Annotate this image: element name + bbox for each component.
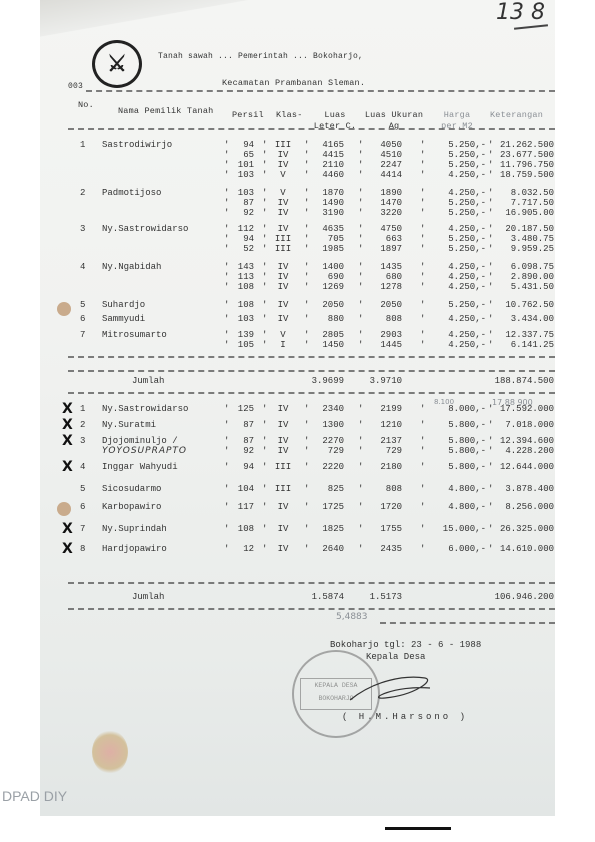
cell-harga: 5.250,- <box>426 244 486 254</box>
cell-no: 7 <box>80 330 85 340</box>
cell-ket: 18.759.500 <box>492 170 554 180</box>
page-code: 003 <box>68 82 83 91</box>
cell-name: Padmotijoso <box>102 188 161 198</box>
cell-letter: 705 <box>308 234 344 244</box>
column-separator: ' <box>262 404 267 414</box>
cell-letter: 1870 <box>308 188 344 198</box>
cell-harga: 4.250,- <box>426 170 486 180</box>
column-separator: ' <box>488 446 493 456</box>
column-separator: ' <box>488 314 493 324</box>
cell-no: 1 <box>80 404 85 414</box>
column-separator: ' <box>358 234 363 244</box>
header-nama: Nama Pemilik Tanah <box>118 106 213 116</box>
column-separator: ' <box>420 436 425 446</box>
column-separator: ' <box>224 234 229 244</box>
column-separator: ' <box>224 224 229 234</box>
cell-harga: 5.250,- <box>426 234 486 244</box>
cell-persil: 117 <box>228 502 254 512</box>
column-separator: ' <box>358 436 363 446</box>
column-separator: ' <box>304 208 309 218</box>
cell-klas: IV <box>270 160 296 170</box>
column-separator: ' <box>420 208 425 218</box>
cell-letter: 1725 <box>308 502 344 512</box>
cell-name: Karbopawiro <box>102 502 161 512</box>
column-separator: ' <box>358 244 363 254</box>
cell-ukur: 729 <box>366 446 402 456</box>
cell-persil: 87 <box>228 198 254 208</box>
cell-ukur: 1720 <box>366 502 402 512</box>
column-separator: ' <box>358 198 363 208</box>
column-separator: ' <box>488 340 493 350</box>
cell-ukur: 2137 <box>366 436 402 446</box>
cell-no: 5 <box>80 300 85 310</box>
column-separator: ' <box>420 282 425 292</box>
cell-ket: 11.796.750 <box>492 160 554 170</box>
cell-name: Sicosudarmo <box>102 484 161 494</box>
column-separator: ' <box>224 544 229 554</box>
cell-persil: 92 <box>228 208 254 218</box>
cell-ket: 21.262.500 <box>492 140 554 150</box>
section2-total-row: Jumlah 1.5874 1.5173 106.946.200 <box>40 592 555 603</box>
cell-klas: III <box>270 234 296 244</box>
cell-letter: 2340 <box>308 404 344 414</box>
table-row: 52III198518975.250,-9.959.25'''''' <box>40 244 555 255</box>
column-separator: ' <box>224 262 229 272</box>
header-keterangan: Keterangan <box>490 110 543 120</box>
header-klas: Klas- <box>276 110 303 120</box>
cell-harga: 4.800,- <box>426 502 486 512</box>
column-separator: ' <box>262 420 267 430</box>
cell-letter: 1269 <box>308 282 344 292</box>
divider <box>68 370 555 372</box>
column-separator: ' <box>358 462 363 472</box>
cell-name: Ny.Sastrowidarso <box>102 404 188 414</box>
cell-letter: 2270 <box>308 436 344 446</box>
page-bottom-rule <box>385 827 451 830</box>
column-separator: ' <box>358 420 363 430</box>
cell-ukur: 4050 <box>366 140 402 150</box>
column-separator: ' <box>420 404 425 414</box>
cell-persil: 87 <box>228 420 254 430</box>
cell-persil: 12 <box>228 544 254 554</box>
cell-harga: 5.800,- <box>426 420 486 430</box>
cell-klas: IV <box>270 262 296 272</box>
column-separator: ' <box>488 208 493 218</box>
cell-harga: 4.250,- <box>426 188 486 198</box>
cell-ukur: 4750 <box>366 224 402 234</box>
handwritten-x-mark-icon: X <box>62 459 73 475</box>
place-date: Bokoharjo tgl: 23 - 6 - 1988 <box>330 640 481 650</box>
cell-persil: 108 <box>228 300 254 310</box>
column-separator: ' <box>420 224 425 234</box>
cell-ukur: 2199 <box>366 404 402 414</box>
cell-no: 5 <box>80 484 85 494</box>
cell-harga: 5.250,- <box>426 140 486 150</box>
column-separator: ' <box>262 208 267 218</box>
column-separator: ' <box>358 524 363 534</box>
cell-ukur: 3220 <box>366 208 402 218</box>
cell-ket: 12.644.000 <box>492 462 554 472</box>
column-separator: ' <box>488 502 493 512</box>
total-ket: 188.874.500 <box>492 376 554 386</box>
column-separator: ' <box>262 330 267 340</box>
cell-harga: 5.250,- <box>426 300 486 310</box>
column-separator: ' <box>488 282 493 292</box>
handwritten-logo-stamp-icon: ⚔ <box>92 40 142 88</box>
cell-klas: III <box>270 244 296 254</box>
cell-ket: 16.905.00 <box>492 208 554 218</box>
cell-no: 6 <box>80 502 85 512</box>
column-separator: ' <box>304 234 309 244</box>
column-separator: ' <box>304 436 309 446</box>
cell-ket: 12.394.600 <box>492 436 554 446</box>
cell-klas: IV <box>270 420 296 430</box>
column-separator: ' <box>262 340 267 350</box>
column-separator: ' <box>224 170 229 180</box>
column-separator: ' <box>224 198 229 208</box>
column-separator: ' <box>262 484 267 494</box>
column-separator: ' <box>262 262 267 272</box>
column-separator: ' <box>420 150 425 160</box>
column-separator: ' <box>358 140 363 150</box>
cell-persil: 94 <box>228 140 254 150</box>
cell-persil: 112 <box>228 224 254 234</box>
cell-klas: IV <box>270 272 296 282</box>
cell-harga: 5.800,- <box>426 462 486 472</box>
signature-scribble-icon <box>345 670 435 710</box>
cell-persil: 103 <box>228 314 254 324</box>
cell-letter: 1450 <box>308 340 344 350</box>
table-row: 7Ny.Suprindah108IV1825175515.000,-26.325… <box>40 524 555 535</box>
cell-ukur: 1890 <box>366 188 402 198</box>
cell-ket: 9.959.25 <box>492 244 554 254</box>
cell-letter: 4415 <box>308 150 344 160</box>
cell-klas: V <box>270 170 296 180</box>
column-separator: ' <box>304 420 309 430</box>
cell-harga: 4.800,- <box>426 484 486 494</box>
column-separator: ' <box>262 150 267 160</box>
cell-klas: IV <box>270 544 296 554</box>
divider <box>68 128 555 130</box>
column-separator: ' <box>358 170 363 180</box>
column-separator: ' <box>420 484 425 494</box>
column-separator: ' <box>224 282 229 292</box>
column-separator: ' <box>488 234 493 244</box>
cell-letter: 1400 <box>308 262 344 272</box>
cell-ket: 10.762.50 <box>492 300 554 310</box>
divider <box>68 608 555 610</box>
column-separator: ' <box>420 446 425 456</box>
column-separator: ' <box>262 234 267 244</box>
column-separator: ' <box>224 160 229 170</box>
column-separator: ' <box>420 420 425 430</box>
header-persil: Persil <box>232 110 264 120</box>
cell-harga: 4.250,- <box>426 314 486 324</box>
column-separator: ' <box>304 244 309 254</box>
cell-name: Mitrosumarto <box>102 330 167 340</box>
column-separator: ' <box>420 314 425 324</box>
cell-ket: 8.256.000 <box>492 502 554 512</box>
cell-ukur: 1755 <box>366 524 402 534</box>
cell-name: Ny.Sastrowidarso <box>102 224 188 234</box>
handwritten-x-mark-icon: X <box>62 401 73 417</box>
column-separator: ' <box>262 524 267 534</box>
handwritten-sum: 5,4883 <box>336 612 368 622</box>
cell-harga: 5.800,- <box>426 436 486 446</box>
cell-ket: 4.228.200 <box>492 446 554 456</box>
cell-ukur: 1470 <box>366 198 402 208</box>
cell-persil: 108 <box>228 524 254 534</box>
column-separator: ' <box>358 262 363 272</box>
column-separator: ' <box>262 462 267 472</box>
cell-ukur: 2435 <box>366 544 402 554</box>
punch-hole <box>57 502 71 516</box>
column-separator: ' <box>262 140 267 150</box>
cell-ukur: 808 <box>366 484 402 494</box>
column-separator: ' <box>358 330 363 340</box>
table-row: 5Suhardjo108IV205020505.250,-10.762.50''… <box>40 300 555 311</box>
cell-name: Sastrodiwirjo <box>102 140 172 150</box>
column-separator: ' <box>224 404 229 414</box>
column-separator: ' <box>262 544 267 554</box>
column-separator: ' <box>304 502 309 512</box>
column-separator: ' <box>262 300 267 310</box>
column-separator: ' <box>304 340 309 350</box>
scanned-document: 13 8 ⚔ Tanah sawah ... Pemerintah ... Bo… <box>40 0 555 816</box>
cell-no: 3 <box>80 224 85 234</box>
cell-ket: 5.431.50 <box>492 282 554 292</box>
cell-klas: IV <box>270 314 296 324</box>
column-separator: ' <box>358 282 363 292</box>
cell-klas: IV <box>270 150 296 160</box>
total-label: Jumlah <box>132 376 164 386</box>
table-row: 6Karbopawiro117IV172517204.800,-8.256.00… <box>40 502 555 513</box>
table-row: 2Ny.Suratmi87IV130012105.800,-7.018.000'… <box>40 420 555 431</box>
column-separator: ' <box>262 244 267 254</box>
column-separator: ' <box>262 198 267 208</box>
column-separator: ' <box>358 300 363 310</box>
column-separator: ' <box>224 484 229 494</box>
cell-persil: 143 <box>228 262 254 272</box>
cell-klas: III <box>270 462 296 472</box>
cell-name: Hardjopawiro <box>102 544 167 554</box>
column-separator: ' <box>420 160 425 170</box>
column-separator: ' <box>420 170 425 180</box>
column-separator: ' <box>224 208 229 218</box>
column-separator: ' <box>304 188 309 198</box>
cell-letter: 690 <box>308 272 344 282</box>
column-separator: ' <box>304 524 309 534</box>
column-separator: ' <box>420 524 425 534</box>
column-separator: ' <box>420 330 425 340</box>
total-ket: 106.946.200 <box>492 592 554 602</box>
dpad-emblem-icon <box>92 730 128 774</box>
cell-letter: 3190 <box>308 208 344 218</box>
cell-ket: 7.018.000 <box>492 420 554 430</box>
column-separator: ' <box>304 484 309 494</box>
column-separator: ' <box>224 140 229 150</box>
cell-harga: 4.250,- <box>426 272 486 282</box>
cell-harga: 4.250,- <box>426 282 486 292</box>
cell-harga: 8.000,- <box>426 404 486 414</box>
cell-no: 1 <box>80 140 85 150</box>
cell-persil: 113 <box>228 272 254 282</box>
column-separator: ' <box>304 330 309 340</box>
cell-klas: IV <box>270 436 296 446</box>
column-separator: ' <box>262 188 267 198</box>
total-ukur: 1.5173 <box>366 592 402 602</box>
cell-persil: 94 <box>228 462 254 472</box>
column-separator: ' <box>488 544 493 554</box>
column-separator: ' <box>420 198 425 208</box>
cell-ket: 26.325.000 <box>492 524 554 534</box>
cell-letter: 729 <box>308 446 344 456</box>
divider <box>68 582 555 584</box>
column-separator: ' <box>224 524 229 534</box>
column-separator: ' <box>262 446 267 456</box>
column-separator: ' <box>420 140 425 150</box>
column-separator: ' <box>358 404 363 414</box>
cell-letter: 880 <box>308 314 344 324</box>
cell-harga: 4.250,- <box>426 262 486 272</box>
cell-ket: 3.878.400 <box>492 484 554 494</box>
column-separator: ' <box>304 160 309 170</box>
cell-ukur: 4510 <box>366 150 402 160</box>
divider <box>86 90 555 92</box>
column-separator: ' <box>420 300 425 310</box>
cell-ukur: 1445 <box>366 340 402 350</box>
cell-letter: 4635 <box>308 224 344 234</box>
document-title-line2: Kecamatan Prambanan Sleman. <box>222 78 365 88</box>
table-row: 92IV319032205.250,-16.905.00'''''' <box>40 208 555 219</box>
column-separator: ' <box>304 404 309 414</box>
cell-klas: IV <box>270 404 296 414</box>
cell-klas: V <box>270 188 296 198</box>
cell-klas: IV <box>270 282 296 292</box>
column-separator: ' <box>304 446 309 456</box>
cell-klas: IV <box>270 300 296 310</box>
column-separator: ' <box>488 262 493 272</box>
column-separator: ' <box>262 224 267 234</box>
column-separator: ' <box>488 436 493 446</box>
table-row: 103V446044144.250,-18.759.500'''''' <box>40 170 555 181</box>
column-separator: ' <box>224 340 229 350</box>
column-separator: ' <box>358 340 363 350</box>
column-separator: ' <box>304 150 309 160</box>
column-separator: ' <box>304 314 309 324</box>
column-separator: ' <box>262 436 267 446</box>
cell-persil: 52 <box>228 244 254 254</box>
column-separator: ' <box>420 502 425 512</box>
column-separator: ' <box>488 170 493 180</box>
cell-name: Inggar Wahyudi <box>102 462 178 472</box>
cell-ukur: 2903 <box>366 330 402 340</box>
cell-letter: 825 <box>308 484 344 494</box>
cell-ket: 3.434.00 <box>492 314 554 324</box>
column-separator: ' <box>224 314 229 324</box>
column-separator: ' <box>420 262 425 272</box>
cell-ukur: 2180 <box>366 462 402 472</box>
section1-total-row: Jumlah 3.9699 3.9710 188.874.500 <box>40 376 555 387</box>
column-separator: ' <box>224 188 229 198</box>
table-row: 5Sicosudarmo104III8258084.800,-3.878.400… <box>40 484 555 495</box>
cell-letter: 2805 <box>308 330 344 340</box>
cell-harga: 15.000,- <box>426 524 486 534</box>
column-separator: ' <box>488 188 493 198</box>
column-separator: ' <box>304 140 309 150</box>
cell-persil: 108 <box>228 282 254 292</box>
column-separator: ' <box>262 314 267 324</box>
cell-ket: 12.337.75 <box>492 330 554 340</box>
column-separator: ' <box>488 462 493 472</box>
column-separator: ' <box>358 484 363 494</box>
divider <box>380 622 555 624</box>
cell-ket: 23.677.500 <box>492 150 554 160</box>
column-separator: ' <box>304 282 309 292</box>
column-separator: ' <box>224 420 229 430</box>
table-row: 6Sammyudi103IV8808084.250,-3.434.00'''''… <box>40 314 555 325</box>
cell-persil: 103 <box>228 188 254 198</box>
cell-name: Sammyudi <box>102 314 145 324</box>
column-separator: ' <box>224 436 229 446</box>
column-separator: ' <box>262 502 267 512</box>
table-row: YOYOSUPRAPTO92IV7297295.800,-4.228.200''… <box>40 446 555 457</box>
column-separator: ' <box>224 300 229 310</box>
cell-ket: 17.592.000 <box>492 404 554 414</box>
column-separator: ' <box>488 524 493 534</box>
cell-persil: 87 <box>228 436 254 446</box>
cell-klas: III <box>270 140 296 150</box>
cell-letter: 2640 <box>308 544 344 554</box>
column-separator: ' <box>488 150 493 160</box>
column-separator: ' <box>304 262 309 272</box>
cell-no: 2 <box>80 420 85 430</box>
table-row: 4Inggar Wahyudi94III222021805.800,-12.64… <box>40 462 555 473</box>
cell-persil: 65 <box>228 150 254 160</box>
cell-persil: 103 <box>228 170 254 180</box>
column-separator: ' <box>224 272 229 282</box>
cell-no: 7 <box>80 524 85 534</box>
column-separator: ' <box>420 244 425 254</box>
cell-no: 3 <box>80 436 85 446</box>
column-separator: ' <box>488 272 493 282</box>
watermark: DPAD DIY <box>2 788 67 804</box>
cell-harga: 4.250,- <box>426 330 486 340</box>
cell-name: Suhardjo <box>102 300 145 310</box>
cell-harga: 6.000,- <box>426 544 486 554</box>
cell-ukur: 808 <box>366 314 402 324</box>
column-separator: ' <box>358 224 363 234</box>
column-separator: ' <box>224 150 229 160</box>
cell-name: Djojominuljo / <box>102 436 178 446</box>
punch-hole <box>57 302 71 316</box>
cell-ukur: 1435 <box>366 262 402 272</box>
cell-no: 2 <box>80 188 85 198</box>
column-separator: ' <box>304 462 309 472</box>
cell-klas: V <box>270 330 296 340</box>
column-separator: ' <box>358 502 363 512</box>
handwritten-page-marks: 13 8 <box>496 0 545 25</box>
cell-name: Ny.Suprindah <box>102 524 167 534</box>
table-row: 105I145014454.250,-6.141.25'''''' <box>40 340 555 351</box>
divider <box>68 392 555 394</box>
column-separator: ' <box>488 404 493 414</box>
cell-ket: 20.187.50 <box>492 224 554 234</box>
handwritten-x-mark-icon: X <box>62 521 73 537</box>
cell-ukur: 1278 <box>366 282 402 292</box>
column-separator: ' <box>304 170 309 180</box>
cell-klas: IV <box>270 446 296 456</box>
